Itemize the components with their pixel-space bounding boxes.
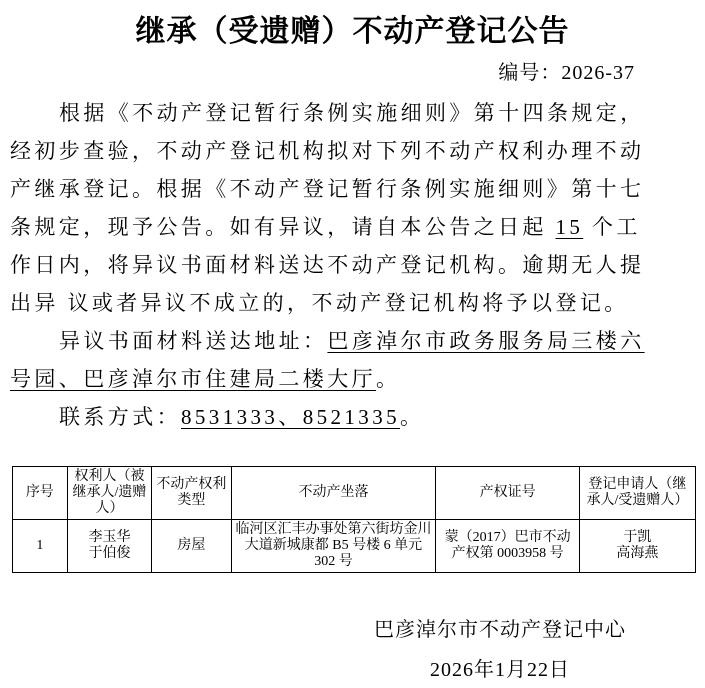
table-header-cell: 产权证号 [436, 467, 579, 520]
table-header-row: 序号权利人（被继承人/遗赠人）不动产权利类型不动产坐落产权证号登记申请人（继承人… [13, 467, 696, 520]
table-header-cell: 不动产坐落 [231, 467, 436, 520]
issue-date: 2026年1月22日 [345, 657, 655, 683]
body-text-segment: 。 [376, 367, 400, 391]
registration-table: 序号权利人（被继承人/遗赠人）不动产权利类型不动产坐落产权证号登记申请人（继承人… [12, 466, 696, 573]
body-text-segment: 异议书面材料送达地址： [59, 329, 327, 353]
table-header-cell: 权利人（被继承人/遗赠人） [67, 467, 152, 520]
body-line: 号园、巴彦淖尔市住建局二楼大厅。 [10, 360, 697, 398]
body-text-segment: 。 [400, 405, 424, 429]
body-text-segment: 出异 议或者异议不成立的，不动产登记机构将予以登记。 [10, 291, 629, 315]
body-text-segment: 条规定，现予公告。如有异议，请自本公告之日起 [10, 215, 555, 239]
table-header-cell: 不动产权利类型 [152, 467, 231, 520]
body-line: 根据《不动产登记暂行条例实施细则》第十四条规定， [10, 94, 697, 132]
body-line: 联系方式：8531333、8521335。 [10, 398, 697, 436]
table-cell: 李玉华于伯俊 [67, 520, 152, 573]
table-cell: 1 [13, 520, 68, 573]
underlined-text: 15 [555, 215, 583, 239]
underlined-text: 号园、巴彦淖尔市住建局二楼大厅 [10, 367, 376, 391]
table-header-cell: 序号 [13, 467, 68, 520]
body-text-segment: 经初步查验，不动产登记机构拟对下列不动产权利办理不动 [10, 139, 644, 163]
table-cell: 房屋 [152, 520, 231, 573]
table-row: 1李玉华于伯俊房屋临河区汇丰办事处第六街坊金川大道新城康都 B5 号楼 6 单元… [13, 520, 696, 573]
underlined-text: 巴彦淖尔市政务服务局三楼六 [327, 329, 644, 353]
underlined-text: 8531333、8521335 [181, 405, 400, 429]
document-title: 继承（受遗赠）不动产登记公告 [0, 14, 705, 50]
table-cell: 临河区汇丰办事处第六街坊金川大道新城康都 B5 号楼 6 单元 302 号 [231, 520, 436, 573]
body-line: 出异 议或者异议不成立的，不动产登记机构将予以登记。 [10, 284, 697, 322]
body-text-segment: 产继承登记。根据《不动产登记暂行条例实施细则》第十七 [10, 177, 644, 201]
table-header-cell: 登记申请人（继承人/受遗赠人） [579, 467, 695, 520]
body-text-segment: 作日内，将异议书面材料送达不动产登记机构。逾期无人提 [10, 253, 644, 277]
issuing-authority: 巴彦淖尔市不动产登记中心 [345, 617, 655, 643]
body-line: 产继承登记。根据《不动产登记暂行条例实施细则》第十七 [10, 170, 697, 208]
table-body: 1李玉华于伯俊房屋临河区汇丰办事处第六街坊金川大道新城康都 B5 号楼 6 单元… [13, 520, 696, 573]
body-line: 经初步查验，不动产登记机构拟对下列不动产权利办理不动 [10, 132, 697, 170]
body-text-segment: 联系方式： [59, 405, 181, 429]
document-number: 编号：2026-37 [0, 60, 705, 86]
body-text-segment: 个工 [583, 215, 640, 239]
body-line: 作日内，将异议书面材料送达不动产登记机构。逾期无人提 [10, 246, 697, 284]
table-cell: 蒙（2017）巴市不动产权第 0003958 号 [436, 520, 579, 573]
table-cell: 于凯高海燕 [579, 520, 695, 573]
body-line: 异议书面材料送达地址：巴彦淖尔市政务服务局三楼六 [10, 322, 697, 360]
notice-document: 继承（受遗赠）不动产登记公告 编号：2026-37 根据《不动产登记暂行条例实施… [0, 0, 705, 688]
signature-block: 巴彦淖尔市不动产登记中心 2026年1月22日 [345, 617, 655, 683]
body-line: 条规定，现予公告。如有异议，请自本公告之日起 15 个工 [10, 208, 697, 246]
body-text-segment: 根据《不动产登记暂行条例实施细则》第十四条规定， [59, 101, 645, 125]
notice-body: 根据《不动产登记暂行条例实施细则》第十四条规定，经初步查验，不动产登记机构拟对下… [10, 94, 697, 436]
